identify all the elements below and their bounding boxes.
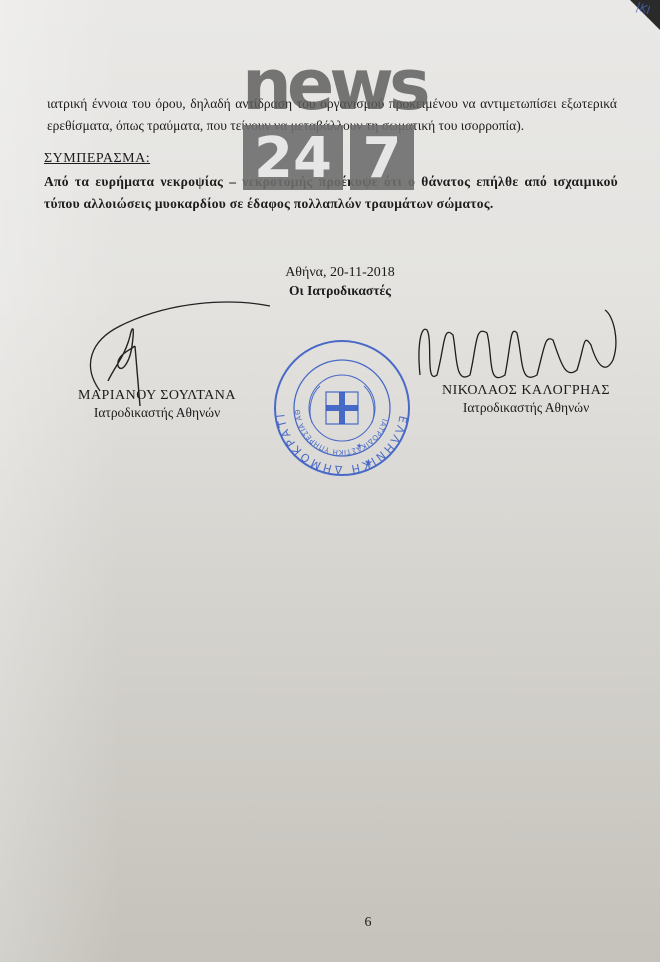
watermark-logo-word: news — [242, 50, 426, 120]
signatory-role: Ιατροδικαστής Αθηνών — [62, 405, 252, 421]
svg-text:★: ★ — [364, 458, 373, 469]
svg-text:★: ★ — [356, 442, 362, 450]
signatory-right: ΝΙΚΟΛΑΟΣ ΚΑΛΟΓΡΗΑΣ Ιατροδικαστής Αθηνών — [428, 383, 624, 416]
place-date: Αθήνα, 20-11-2018 — [0, 265, 660, 281]
signatory-left: ΜΑΡΙΑΝΟΥ ΣΟΥΛΤΑΝΑ Ιατροδικαστής Αθηνών — [62, 388, 252, 421]
paper-lighting — [0, 0, 120, 962]
signatory-name: ΜΑΡΙΑΝΟΥ ΣΟΥΛΤΑΝΑ — [62, 388, 252, 404]
signatory-name: ΝΙΚΟΛΑΟΣ ΚΑΛΟΓΡΗΑΣ — [428, 383, 624, 399]
page-number: 6 — [0, 915, 660, 931]
signatories-title: Οι Ιατροδικαστές — [0, 283, 660, 299]
watermark-logo-box-24: 24 — [243, 125, 343, 190]
signature-right-icon — [415, 305, 625, 390]
signatory-role: Ιατροδικαστής Αθηνών — [428, 400, 624, 416]
watermark-logo-box-7: 7 — [350, 125, 414, 190]
official-stamp-icon: ΕΛΛΗΝΙΚΗ ΔΗΜΟΚΡΑΤΙΑ ΙΑΤΡΟΔΙΚΑΣΤΙΚΗ ΥΠΗΡΕ… — [272, 338, 412, 478]
conclusion-heading: ΣΥΜΠΕΡΑΣΜΑ: — [44, 151, 150, 167]
